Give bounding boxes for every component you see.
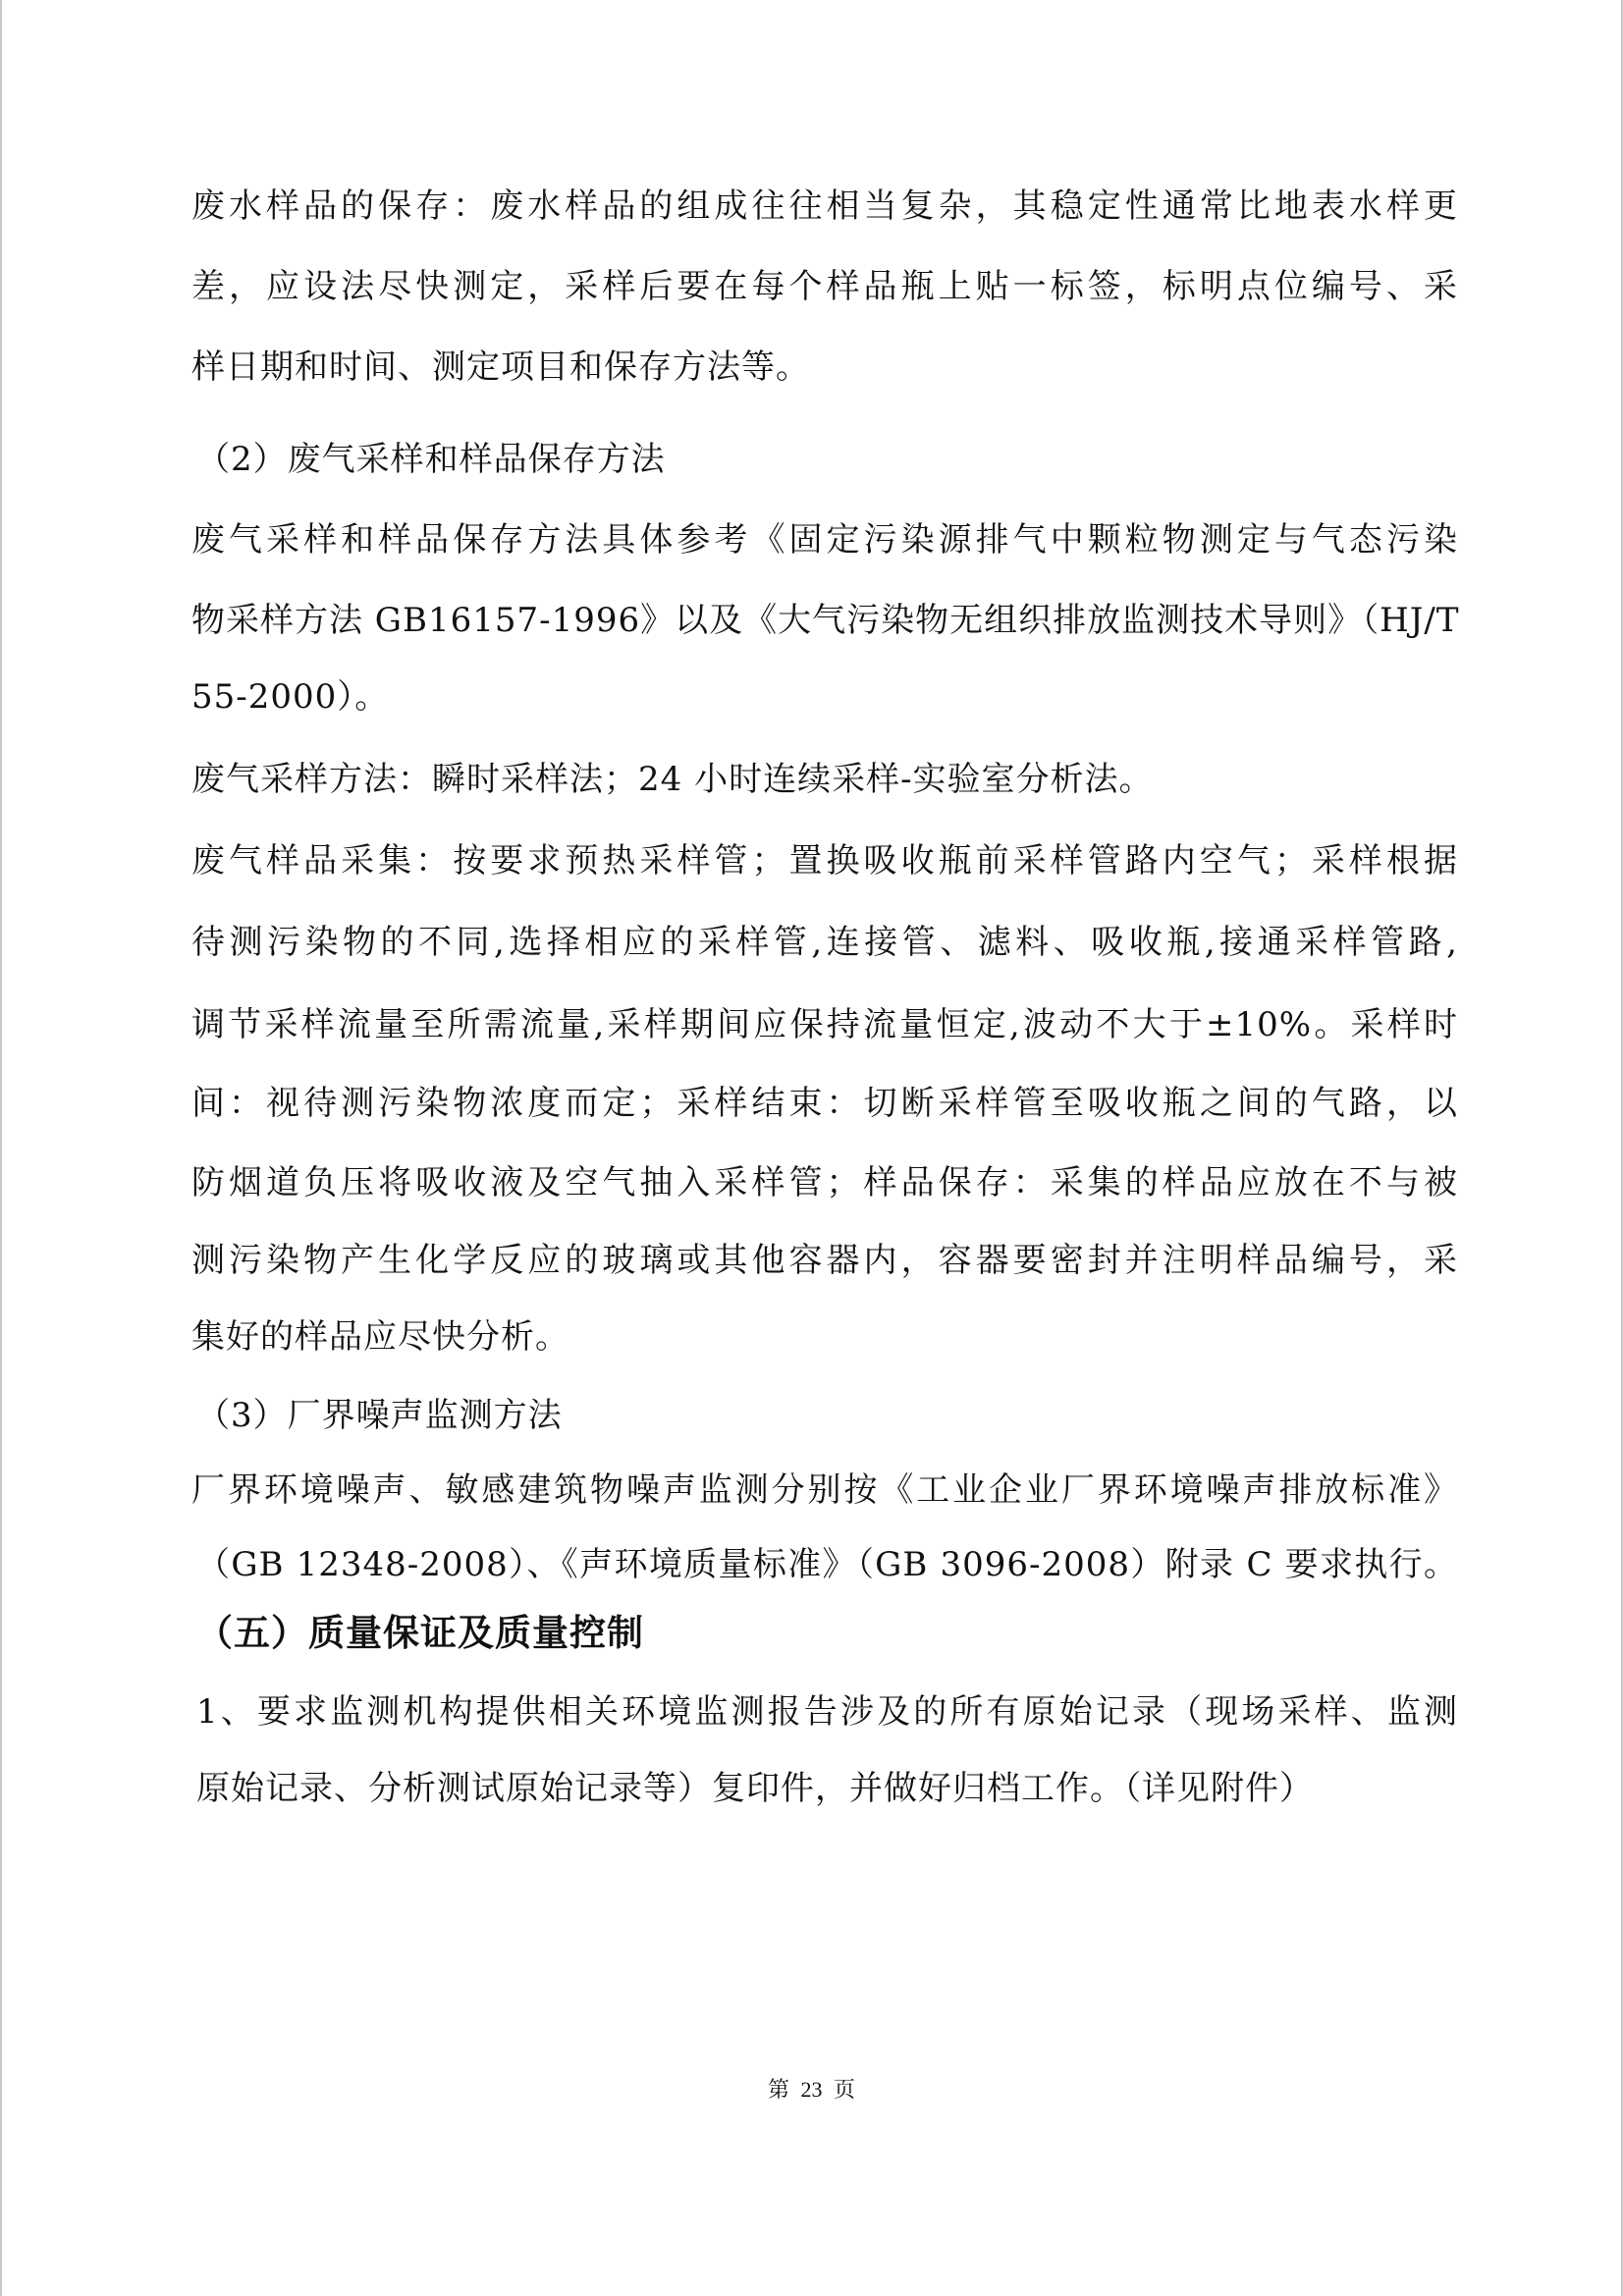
- text-line: 调节采样流量至所需流量,采样期间应保持流量恒定,波动不大于±10%。采样时: [191, 1003, 1458, 1046]
- text-line: 废气采样和样品保存方法具体参考《固定污染源排气中颗粒物测定与气态污染: [191, 518, 1458, 561]
- section-heading-quality-assurance: （五）质量保证及质量控制: [196, 1612, 1463, 1655]
- subheading-noise-monitoring: （3）厂界噪声监测方法: [196, 1394, 1463, 1437]
- text-line: 55-2000）。: [191, 675, 1458, 719]
- text-line: 厂界环境噪声、敏感建筑物噪声监测分别按《工业企业厂界环境噪声排放标准》: [191, 1468, 1458, 1512]
- text-line: 1、要求监测机构提供相关环境监测报告涉及的所有原始记录（现场采样、监测: [196, 1690, 1458, 1734]
- text-line: 样日期和时间、测定项目和保存方法等。: [191, 346, 1458, 389]
- paragraph-exhaust-method: 废气采样方法：瞬时采样法；24 小时连续采样-实验室分析法。: [191, 758, 1458, 801]
- text-line: 防烟道负压将吸收液及空气抽入采样管；样品保存：采集的样品应放在不与被: [191, 1161, 1458, 1204]
- text-line: 待测污染物的不同,选择相应的采样管,连接管、滤料、吸收瓶,接通采样管路,: [191, 921, 1458, 964]
- text-line: 间：视待测污染物浓度而定；采样结束：切断采样管至吸收瓶之间的气路，以: [191, 1082, 1458, 1125]
- text-line: （GB 12348-2008）、《声环境质量标准》（GB 3096-2008）附…: [196, 1543, 1458, 1586]
- subheading-exhaust-sampling: （2）废气采样和样品保存方法: [196, 438, 1463, 481]
- text-line: 物采样方法 GB16157-1996》以及《大气污染物无组织排放监测技术导则》（…: [191, 599, 1458, 642]
- text-line: 废水样品的保存：废水样品的组成往往相当复杂，其稳定性通常比地表水样更: [191, 185, 1458, 228]
- text-line: 废气样品采集：按要求预热采样管；置换吸收瓶前采样管路内空气；采样根据: [191, 839, 1458, 882]
- page-border-left: [0, 0, 2, 2296]
- text-line: 测污染物产生化学反应的玻璃或其他容器内，容器要密封并注明样品编号，采: [191, 1239, 1458, 1282]
- text-line: 集好的样品应尽快分析。: [191, 1315, 1458, 1359]
- page-number: 第 23 页: [0, 2073, 1623, 2104]
- text-line: 差，应设法尽快测定，采样后要在每个样品瓶上贴一标签，标明点位编号、采: [191, 265, 1458, 308]
- text-line: 原始记录、分析测试原始记录等）复印件，并做好归档工作。（详见附件）: [196, 1767, 1463, 1810]
